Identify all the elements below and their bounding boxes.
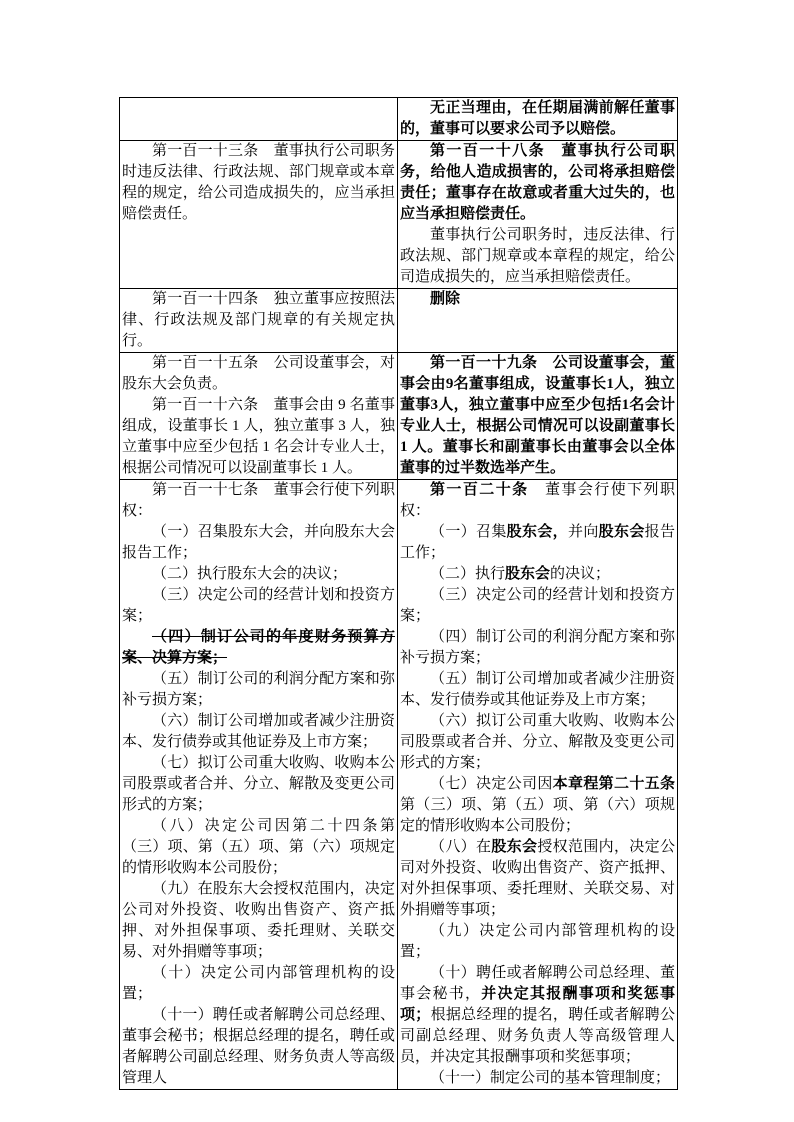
text-run: 董事执行公司职务时，违反法律、行政法规、部门规章或本章程的规定，给公司造成损失的… bbox=[400, 227, 675, 285]
text-run: 第一百一十六条 董事会由 9 名董事组成，设董事长 1 人，独立董事 3 人，独… bbox=[122, 397, 395, 476]
paragraph: （八）在股东会授权范围内，决定公司对外投资、收购出售资产、资产抵押、对外担保事项… bbox=[400, 837, 675, 921]
text-run: （六）制订公司增加或者减少注册资本、发行债券或其他证券及上市方案； bbox=[122, 713, 395, 750]
paragraph: 无正当理由，在任期届满前解任董事的，董事可以要求公司予以赔偿。 bbox=[400, 98, 675, 140]
paragraph: 第一百一十五条 公司设董事会，对股东大会负责。 bbox=[122, 353, 395, 395]
revised-text: 股东会 bbox=[599, 524, 645, 540]
paragraph: 第一百一十六条 董事会由 9 名董事组成，设董事长 1 人，独立董事 3 人，独… bbox=[122, 395, 395, 479]
text-run: （六）拟订公司重大收购、收购本公司股票或者合并、分立、解散及变更公司形式的方案； bbox=[400, 713, 675, 771]
paragraph: （三）决定公司的经营计划和投资方案； bbox=[400, 585, 675, 627]
paragraph: （七）拟订公司重大收购、收购本公司股票或者合并、分立、解散及变更公司形式的方案； bbox=[122, 753, 395, 816]
cell-original-clause: 第一百一十四条 独立董事应按照法律、行政法规及部门规章的有关规定执行。 bbox=[120, 289, 398, 353]
revised-text: 股东会 bbox=[491, 839, 537, 855]
revised-text: 第一百一十九条 公司设董事会，董事会由9名董事组成，设董事长1人，独立董事3人，… bbox=[400, 355, 675, 476]
revised-text: 无正当理由，在任期届满前解任董事的，董事可以要求公司予以赔偿。 bbox=[400, 100, 675, 137]
table-row: 无正当理由，在任期届满前解任董事的，董事可以要求公司予以赔偿。 bbox=[120, 98, 678, 141]
paragraph: （二）执行股东会的决议； bbox=[400, 564, 675, 585]
table-row: 第一百一十七条 董事会行使下列职权：（一）召集股东大会，并向股东大会报告工作；（… bbox=[120, 480, 678, 1090]
cell-original-clause: 第一百一十三条 董事执行公司职务时违反法律、行政法规、部门规章或本章程的规定，给… bbox=[120, 141, 398, 289]
text-run: 第一百一十三条 董事执行公司职务时违反法律、行政法规、部门规章或本章程的规定，给… bbox=[122, 143, 395, 222]
text-run: （一）召集股东大会，并向股东大会报告工作； bbox=[122, 524, 395, 561]
paragraph: 第一百一十九条 公司设董事会，董事会由9名董事组成，设董事长1人，独立董事3人，… bbox=[400, 353, 675, 479]
paragraph: （三）决定公司的经营计划和投资方案； bbox=[122, 585, 395, 627]
paragraph: 董事执行公司职务时，违反法律、行政法规、部门规章或本章程的规定，给公司造成损失的… bbox=[400, 225, 675, 288]
paragraph: （六）拟订公司重大收购、收购本公司股票或者合并、分立、解散及变更公司形式的方案； bbox=[400, 711, 675, 774]
text-run: （八）在 bbox=[430, 839, 491, 855]
paragraph: （二）执行股东大会的决议； bbox=[122, 564, 395, 585]
text-run: 根据总经理的提名，聘任或者解聘公司副总经理、财务负责人等高级管理人员，并决定其报… bbox=[400, 1007, 675, 1065]
paragraph: （七）决定公司因本章程第二十五条第（三）项、第（五）项、第（六）项规定的情形收购… bbox=[400, 774, 675, 837]
text-run: 的决议； bbox=[550, 566, 610, 582]
text-run: （三）决定公司的经营计划和投资方案； bbox=[122, 587, 395, 624]
cell-original-clause bbox=[120, 98, 398, 141]
text-run: （十一）聘任或者解聘公司总经理、董事会秘书；根据总经理的提名，聘任或者解聘公司副… bbox=[122, 1007, 395, 1086]
paragraph: 第一百一十八条 董事执行公司职务，给他人造成损害的，公司将承担赔偿责任；董事存在… bbox=[400, 141, 675, 225]
cell-revised-clause: 第一百一十八条 董事执行公司职务，给他人造成损害的，公司将承担赔偿责任；董事存在… bbox=[398, 141, 678, 289]
text-run: （九）决定公司内部管理机构的设置； bbox=[400, 923, 675, 960]
paragraph: （四）制订公司的利润分配方案和弥补亏损方案； bbox=[400, 627, 675, 669]
deleted-text: （四）制订公司的年度财务预算方案、决算方案； bbox=[122, 629, 395, 666]
revised-text: 删除 bbox=[430, 291, 460, 307]
paragraph: （四）制订公司的年度财务预算方案、决算方案； bbox=[122, 627, 395, 669]
paragraph: （五）制订公司的利润分配方案和弥补亏损方案； bbox=[122, 669, 395, 711]
revised-text: 本章程第二十五条 bbox=[553, 776, 675, 792]
text-run: 第一百一十七条 董事会行使下列职权： bbox=[122, 482, 395, 519]
paragraph: 第一百二十条 董事会行使下列职权： bbox=[400, 480, 675, 522]
text-run: 第一百一十五条 公司设董事会，对股东大会负责。 bbox=[122, 355, 395, 392]
text-run: （五）制订公司的利润分配方案和弥补亏损方案； bbox=[122, 671, 395, 708]
cell-revised-clause: 删除 bbox=[398, 289, 678, 353]
cell-revised-clause: 第一百二十条 董事会行使下列职权：（一）召集股东会，并向股东会报告工作；（二）执… bbox=[398, 480, 678, 1090]
cell-original-clause: 第一百一十五条 公司设董事会，对股东大会负责。第一百一十六条 董事会由 9 名董… bbox=[120, 353, 398, 480]
text-run: （五）制订公司增加或者减少注册资本、发行债券或其他证券及上市方案； bbox=[400, 671, 675, 708]
paragraph: （十一）制定公司的基本管理制度； bbox=[400, 1068, 675, 1089]
cell-revised-clause: 无正当理由，在任期届满前解任董事的，董事可以要求公司予以赔偿。 bbox=[398, 98, 678, 141]
paragraph: （九）决定公司内部管理机构的设置； bbox=[400, 921, 675, 963]
comparison-table-body: 无正当理由，在任期届满前解任董事的，董事可以要求公司予以赔偿。第一百一十三条 董… bbox=[120, 98, 678, 1090]
paragraph: （一）召集股东大会，并向股东大会报告工作； bbox=[122, 522, 395, 564]
text-run: （四）制订公司的利润分配方案和弥补亏损方案； bbox=[400, 629, 675, 666]
text-run: 并向 bbox=[568, 524, 599, 540]
text-run: （三）决定公司的经营计划和投资方案； bbox=[400, 587, 675, 624]
text-run: （十）决定公司内部管理机构的设置； bbox=[122, 965, 395, 1002]
table-row: 第一百一十三条 董事执行公司职务时违反法律、行政法规、部门规章或本章程的规定，给… bbox=[120, 141, 678, 289]
paragraph: 第一百一十四条 独立董事应按照法律、行政法规及部门规章的有关规定执行。 bbox=[122, 289, 395, 352]
paragraph: （十）聘任或者解聘公司总经理、董事会秘书，并决定其报酬事项和奖惩事项；根据总经理… bbox=[400, 963, 675, 1068]
revised-text: 第一百一十八条 董事执行公司职务，给他人造成损害的，公司将承担赔偿责任；董事存在… bbox=[400, 143, 675, 222]
text-run: （七）拟订公司重大收购、收购本公司股票或者合并、分立、解散及变更公司形式的方案； bbox=[122, 755, 395, 813]
text-run: （二）执行 bbox=[430, 566, 505, 582]
text-run: 第一百一十四条 独立董事应按照法律、行政法规及部门规章的有关规定执行。 bbox=[122, 291, 395, 349]
text-run: 第（三）项、第（五）项、第（六）项规定的情形收购本公司股份； bbox=[400, 797, 675, 834]
table-row: 第一百一十四条 独立董事应按照法律、行政法规及部门规章的有关规定执行。删除 bbox=[120, 289, 678, 353]
cell-revised-clause: 第一百一十九条 公司设董事会，董事会由9名董事组成，设董事长1人，独立董事3人，… bbox=[398, 353, 678, 480]
paragraph: （五）制订公司增加或者减少注册资本、发行债券或其他证券及上市方案； bbox=[400, 669, 675, 711]
text-run: （二）执行股东大会的决议； bbox=[152, 566, 347, 582]
paragraph: 第一百一十三条 董事执行公司职务时违反法律、行政法规、部门规章或本章程的规定，给… bbox=[122, 141, 395, 225]
paragraph: （十）决定公司内部管理机构的设置； bbox=[122, 963, 395, 1005]
table-row: 第一百一十五条 公司设董事会，对股东大会负责。第一百一十六条 董事会由 9 名董… bbox=[120, 353, 678, 480]
paragraph: 第一百一十七条 董事会行使下列职权： bbox=[122, 480, 395, 522]
comparison-table: 无正当理由，在任期届满前解任董事的，董事可以要求公司予以赔偿。第一百一十三条 董… bbox=[119, 97, 678, 1090]
text-run: （九）在股东大会授权范围内，决定公司对外投资、收购出售资产、资产抵押、对外担保事… bbox=[122, 881, 395, 960]
text-run: （一）召集 bbox=[430, 524, 507, 540]
paragraph: （八）决定公司因第二十四条第 （三）项、第（五）项、第（六）项规定的情形收购本公… bbox=[122, 816, 395, 879]
text-run: （七）决定公司因 bbox=[430, 776, 553, 792]
cell-original-clause: 第一百一十七条 董事会行使下列职权：（一）召集股东大会，并向股东大会报告工作；（… bbox=[120, 480, 398, 1090]
text-run: （十一）制定公司的基本管理制度； bbox=[430, 1070, 670, 1086]
text-run: （八）决定公司因第二十四条第 （三）项、第（五）项、第（六）项规定的情形收购本公… bbox=[122, 818, 395, 876]
paragraph: （六）制订公司增加或者减少注册资本、发行债券或其他证券及上市方案； bbox=[122, 711, 395, 753]
revised-text: 股东会 bbox=[505, 566, 550, 582]
revised-text: 第一百二十条 bbox=[430, 482, 529, 498]
document-page: 无正当理由，在任期届满前解任董事的，董事可以要求公司予以赔偿。第一百一十三条 董… bbox=[0, 0, 794, 1122]
paragraph: （十一）聘任或者解聘公司总经理、董事会秘书；根据总经理的提名，聘任或者解聘公司副… bbox=[122, 1005, 395, 1089]
paragraph: 删除 bbox=[400, 289, 675, 310]
revised-text: 股东会， bbox=[507, 524, 568, 540]
paragraph: （一）召集股东会，并向股东会报告工作； bbox=[400, 522, 675, 564]
paragraph: （九）在股东大会授权范围内，决定公司对外投资、收购出售资产、资产抵押、对外担保事… bbox=[122, 879, 395, 963]
